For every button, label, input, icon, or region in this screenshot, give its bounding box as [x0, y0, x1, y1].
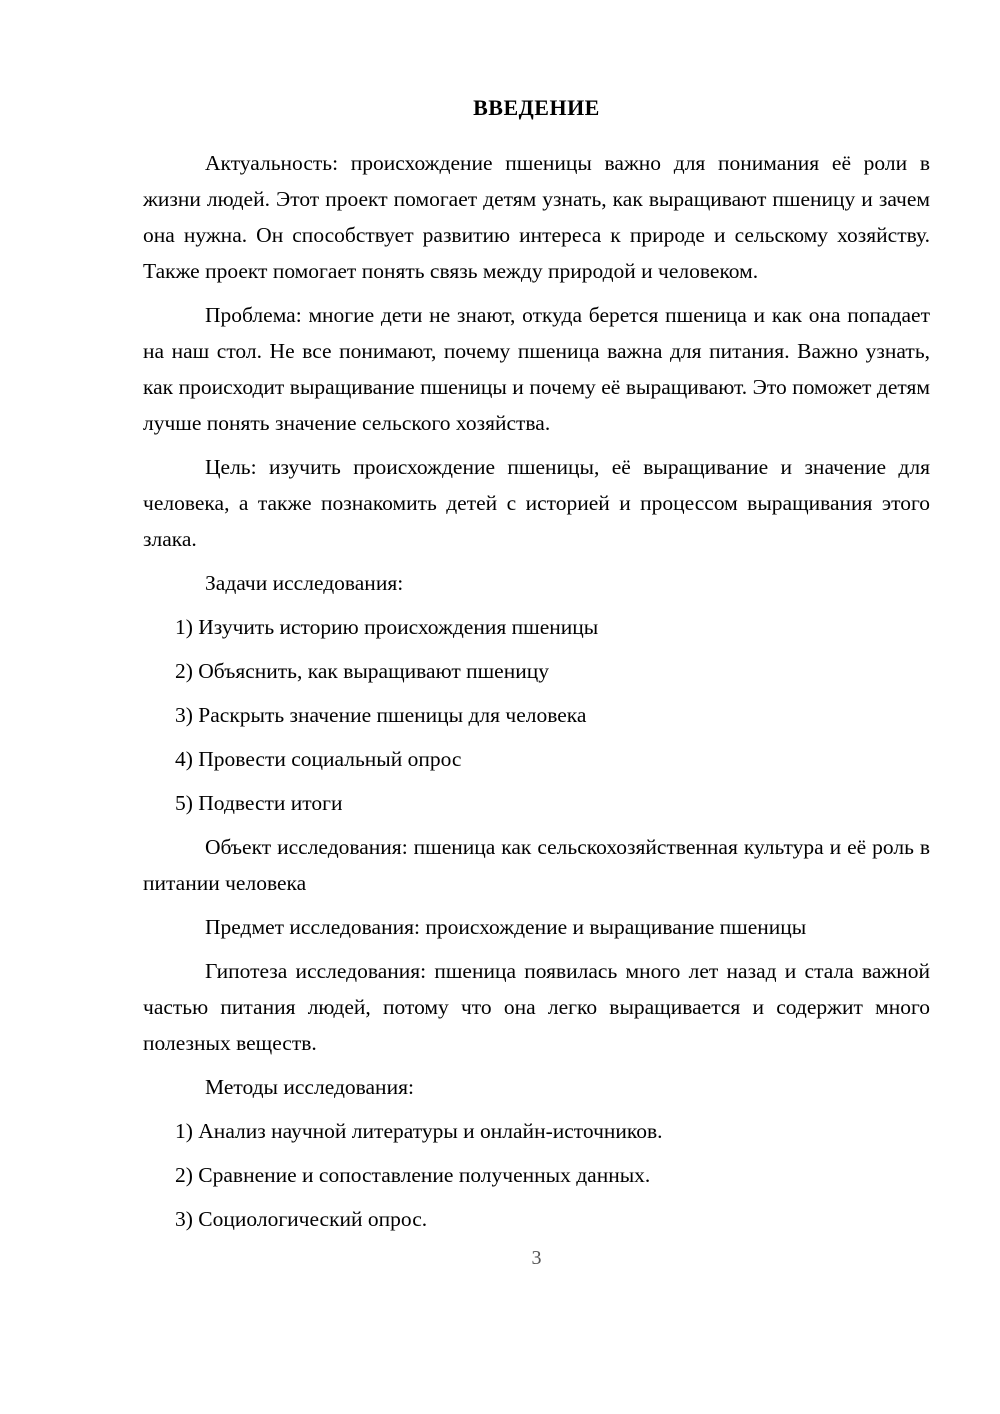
paragraph: Объект исследования: пшеница как сельско… — [143, 829, 930, 901]
list-item: 2) Объяснить, как выращивают пшеницу — [143, 653, 930, 689]
document-body: Актуальность: происхождение пшеницы важн… — [143, 145, 930, 1237]
page-number: 3 — [143, 1245, 930, 1271]
document-page: ВВЕДЕНИЕ Актуальность: происхождение пше… — [0, 0, 1000, 1414]
paragraph: Цель: изучить происхождение пшеницы, её … — [143, 449, 930, 557]
paragraph: Задачи исследования: — [143, 565, 930, 601]
paragraph: Проблема: многие дети не знают, откуда б… — [143, 297, 930, 441]
list-item: 2) Сравнение и сопоставление полученных … — [143, 1157, 930, 1193]
list-item: 4) Провести социальный опрос — [143, 741, 930, 777]
list-item: 1) Анализ научной литературы и онлайн-ис… — [143, 1113, 930, 1149]
paragraph: Актуальность: происхождение пшеницы важн… — [143, 145, 930, 289]
paragraph: Гипотеза исследования: пшеница появилась… — [143, 953, 930, 1061]
paragraph: Методы исследования: — [143, 1069, 930, 1105]
list-item: 1) Изучить историю происхождения пшеницы — [143, 609, 930, 645]
page-title: ВВЕДЕНИЕ — [143, 95, 930, 121]
list-item: 3) Раскрыть значение пшеницы для человек… — [143, 697, 930, 733]
list-item: 3) Социологический опрос. — [143, 1201, 930, 1237]
paragraph: Предмет исследования: происхождение и вы… — [143, 909, 930, 945]
list-item: 5) Подвести итоги — [143, 785, 930, 821]
